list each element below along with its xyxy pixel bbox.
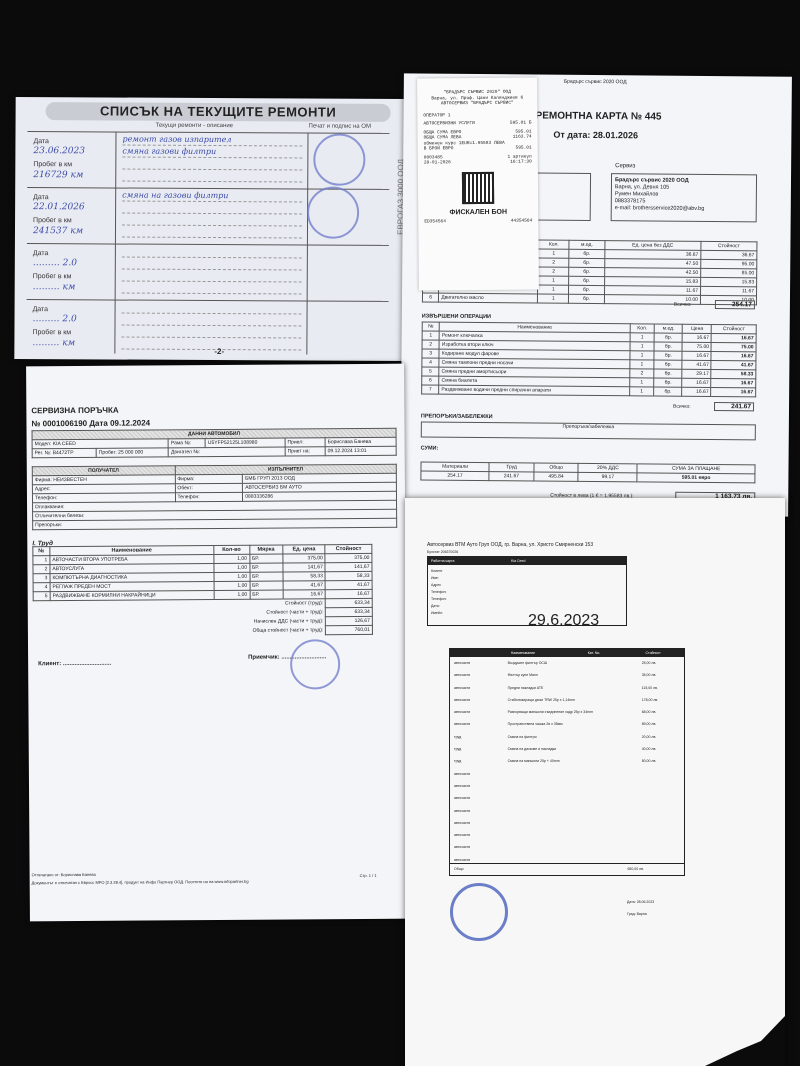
cell: 35,00 лв.	[642, 669, 680, 681]
cell: бр.	[654, 360, 682, 369]
cell: авточасти	[454, 780, 508, 792]
work-row: авточастиПредни накладки ATE115,00 лв.	[450, 682, 684, 694]
cell: БР.	[249, 563, 282, 572]
service-label: Сервиз	[615, 163, 635, 169]
field-label: Телефон:	[431, 596, 623, 603]
cell: 25,00 лв.	[642, 657, 680, 669]
cell: 16,67	[283, 590, 326, 599]
entry-mileage: ……… км	[32, 338, 75, 348]
work-row: авточасти	[450, 829, 684, 841]
cell: 16.67	[682, 387, 711, 396]
cell: Пространствена чашка 2в x 35мм	[508, 718, 642, 730]
cell: 2	[629, 369, 654, 378]
cell: 1	[538, 276, 569, 285]
field-label: Адрес	[431, 582, 623, 589]
parts-total-label: Всичко:	[674, 302, 692, 308]
field-label: Дата:	[431, 603, 623, 610]
work-row: трудСмяна на маншони 25р + 40mm80,00 лв.	[450, 755, 684, 767]
cell: Мярка	[249, 545, 282, 554]
cell: авточасти	[454, 792, 508, 804]
entry-date: ……… 2.0	[33, 258, 77, 268]
cell: Предни накладки ATE	[508, 682, 642, 694]
work-row: авточасти	[450, 768, 684, 780]
cell: авточасти	[454, 829, 508, 841]
cell: 178,00 лв.	[642, 694, 680, 706]
page-number: -2-	[214, 347, 224, 356]
work-row: авточасти	[450, 792, 684, 804]
recs-title: ПРЕПОРЪКИ/ЗАБЕЛЕЖКИ	[421, 413, 493, 420]
cell	[642, 792, 680, 804]
cell: 15.83	[701, 277, 757, 286]
cell	[508, 829, 642, 841]
repair-card-date: От дата: 28.01.2026	[553, 130, 638, 141]
cell: 1	[422, 331, 439, 340]
cell: БР.	[249, 554, 282, 563]
cell: авточасти	[454, 718, 508, 730]
entry-desc: смяна на газови филтри	[122, 191, 228, 201]
cell: авточасти	[454, 669, 508, 681]
table-row: 6Двигателно масло1бр.10.0010.00	[422, 293, 756, 305]
cell	[508, 817, 642, 829]
cell: бр.	[569, 294, 604, 303]
work-header: Стойност	[646, 649, 685, 657]
receipt-device: ED354564	[424, 219, 446, 225]
cell: 2	[422, 340, 439, 349]
total-row: Обща стойност (части + труд):760,01	[33, 625, 372, 636]
cell: 1	[33, 556, 50, 565]
cell: 75.00	[682, 342, 711, 351]
cell: Разпорващи маншони съединение хадр 25р x…	[508, 706, 642, 718]
cell: 40,00 лв.	[642, 743, 680, 755]
cell: 375,00	[325, 553, 372, 562]
cell: 41,67	[325, 580, 372, 589]
receipt-operator: ОПЕРАТОР 1	[423, 112, 531, 118]
cell: 115,00 лв.	[642, 682, 680, 694]
cell: Смяна на дискове и накладки	[508, 743, 642, 755]
receipt-item: АВТОСЕРВИЗНИ УСЛУГИ	[423, 121, 474, 127]
work-items-frame: НаименованиеКат. No.Стойност авточастиВъ…	[449, 648, 685, 876]
cell: БР.	[250, 590, 283, 599]
cell: труд	[454, 743, 508, 755]
repair-booklet-page: СПИСЪК НА ТЕКУЩИТЕ РЕМОНТИ Текущи ремонт…	[14, 97, 407, 361]
torn-corner	[705, 1016, 785, 1066]
cell: бр.	[655, 333, 683, 342]
printed-by: Отпечатано от: Борислава Банева	[32, 872, 96, 877]
entry-mileage: 216729 км	[33, 170, 83, 180]
service-line: e-mail: brothersservice2020@abv.bg	[615, 205, 753, 213]
work-company: Автосервиз ВТМ Ауто Груп ООД, гр. Варна,…	[427, 542, 593, 548]
service-box: Брадърс сървис 2020 ООДВарна, ул. Девня …	[611, 173, 757, 222]
cell: 7	[422, 385, 439, 394]
cell: 29.17	[682, 369, 711, 378]
work-row: авточастиВъздушен филтър ОСШ25,00 лв.	[450, 657, 684, 669]
work-row: трудСмяна на дискове и накладки40,00 лв.	[450, 743, 684, 755]
cell: бр.	[569, 276, 604, 285]
parties: ПОЛУЧАТЕЛИЗПЪЛНИТЕЛ Фирма: НЕИЗВЕСТЕНФир…	[32, 464, 397, 531]
cell: 16.67	[712, 334, 757, 343]
qr-code-icon	[462, 171, 494, 203]
cell: 4	[422, 358, 439, 367]
receipt-service: АВТОСЕРВИЗ "БРАДЪРС СЪРВИС"	[423, 101, 531, 107]
field-label: Клиент	[431, 568, 623, 575]
cell: 36.67	[701, 250, 757, 259]
field-label: Име:	[431, 575, 623, 582]
cell	[642, 841, 680, 853]
cell: авточасти	[454, 657, 508, 669]
cell: 1	[629, 387, 654, 396]
service-order: СЕРВИЗНА ПОРЪЧКА № 0001006190 Дата 09.12…	[26, 364, 408, 922]
col-stamp: Печат и подпис на ОМ	[309, 124, 371, 130]
cell: Филтър купе Mann	[508, 669, 642, 681]
cell: 1	[630, 360, 655, 369]
cell: 1	[630, 333, 655, 342]
work-row: авточасти	[450, 780, 684, 792]
cell: бр.	[654, 351, 682, 360]
cell: 1,00	[214, 572, 250, 581]
cell: 41,67	[283, 581, 326, 590]
bar-right: Kia Ceed	[511, 557, 525, 565]
order-page: Стр. 1 / 1	[360, 873, 377, 878]
cell	[642, 805, 680, 817]
recs: Препоръки:	[33, 518, 397, 530]
work-date: Дата: 28.06.2023	[627, 900, 654, 904]
cell: 16.67	[682, 333, 711, 342]
cell: Общо	[534, 463, 579, 472]
cell: авточасти	[454, 706, 508, 718]
cell: 375,00	[283, 554, 326, 563]
work-row: авточасти	[450, 817, 684, 829]
repair-card-title: РЕМОНТНА КАРТА № 445	[536, 110, 662, 122]
cell: Стойност	[712, 325, 757, 334]
lbl: ОБЩА СУМА ЛЕВА	[424, 135, 462, 141]
cell: бр.	[654, 342, 682, 351]
mileage-label: Пробег в км	[33, 161, 72, 168]
receipt-date: 28-01-2026	[424, 160, 451, 166]
cell: Въздушен филтър ОСШ	[508, 657, 642, 669]
cell: 2	[538, 258, 569, 267]
ops-total-label: Всичко:	[673, 404, 691, 410]
mileage-label: Пробег в км	[33, 217, 72, 224]
cell: 58,33	[325, 571, 372, 580]
work-row: авточастиФилтър купе Mann35,00 лв.	[450, 669, 684, 681]
cell: Кол-во	[214, 545, 250, 554]
entry-mileage: 241537 км	[33, 226, 83, 236]
cell	[508, 841, 642, 853]
cell: 241.67	[489, 472, 534, 481]
cell: 95.00	[701, 259, 757, 268]
work-total-label: Общо	[454, 867, 464, 875]
cell: БР.	[250, 581, 283, 590]
car-data: ДАННИ АВТОМОБИЛ Модел: KIA CEEDРама №:U5…	[32, 428, 397, 459]
sums-table: МатериалиТрудОбщо20% ДДССУМА ЗА ПЛАЩАНЕ2…	[420, 461, 755, 483]
work-row: авточастиСтабилизиращи дюзи TRW 25р x 1,…	[450, 694, 684, 706]
parts-total: 254.17	[715, 300, 755, 309]
cell: бр.	[654, 378, 682, 387]
entry-date: ……… 2.0	[32, 314, 76, 324]
cell: 1	[629, 378, 654, 387]
work-place: Град: Варна	[627, 912, 647, 916]
order-title: СЕРВИЗНА ПОРЪЧКА	[31, 406, 118, 416]
cell: 1	[538, 285, 569, 294]
ops-total: 241.67	[714, 402, 754, 411]
table-row: 254.17241.67495.8499.17595.01 евро	[421, 471, 755, 483]
work-date-value: 29.6.2023	[528, 612, 599, 630]
cell: БР.	[250, 572, 283, 581]
cell: 254.17	[421, 471, 489, 481]
cell: 41.67	[682, 360, 711, 369]
cell: Труд	[489, 463, 534, 472]
work-row: авточастиПространствена чашка 2в x 35мм8…	[450, 718, 684, 730]
repair-card-header: Брадърс сървис 2020 ООД	[564, 79, 627, 86]
cell: авточасти	[454, 682, 508, 694]
cell: 5	[33, 592, 50, 601]
work-row: трудСмяна на филтри20,00 лв.	[450, 731, 684, 743]
entry-date: 23.06.2023	[33, 146, 85, 156]
client-signature: Клиент: .............................	[38, 661, 111, 668]
cell: Смяна на филтри	[508, 731, 642, 743]
recs-box: Препоръка/забележка	[421, 421, 756, 440]
cell: авточасти	[454, 817, 508, 829]
bar-left: Работна карта	[431, 557, 511, 565]
cell: Стойност	[325, 544, 372, 553]
cell: 85.00	[701, 268, 757, 277]
lbl: В БРОЙ ЕВРО	[424, 146, 454, 152]
sums-title: СУМИ:	[421, 445, 439, 451]
work-row: авточасти	[450, 805, 684, 817]
labor-table: №НаименованиеКол-воМяркаЕд. ценаСтойност…	[32, 544, 373, 637]
cell: 16.67	[711, 352, 756, 361]
lbl: Приет на:	[285, 447, 325, 456]
cell: 5	[422, 367, 439, 376]
cell: бр.	[569, 285, 604, 294]
cell: авточасти	[454, 768, 508, 780]
cell: авточасти	[454, 805, 508, 817]
operations-table: №НаименованиеКол.м.ед.ЦенаСтойност1Ремон…	[421, 321, 757, 397]
work-client-frame: Работна картаKia Ceed КлиентИме:АдресТел…	[427, 556, 627, 626]
col-desc: Текущи ремонти - описание	[156, 123, 234, 129]
cell: Раздвижване водачи предни спирачни апара…	[439, 385, 630, 396]
cell: 2	[33, 565, 50, 574]
cell: 99.17	[578, 472, 637, 482]
cell: 141,67	[325, 562, 372, 571]
cell: Стойност	[701, 241, 757, 250]
engine: Двигател №:	[168, 447, 285, 457]
booklet-entry: Дата……… 2.0Пробег в км……… км	[27, 243, 389, 301]
cell: 20,00 лв.	[642, 731, 680, 743]
entry-mileage: ……… км	[33, 282, 76, 292]
cell: 2	[538, 267, 569, 276]
cell: 595.01 евро	[637, 473, 755, 483]
cell: 16.67	[711, 388, 756, 397]
cell: 1,00	[214, 563, 250, 572]
entry-desc: ремонт газов изпарител	[122, 135, 231, 145]
cell	[508, 792, 642, 804]
cell: 1	[538, 249, 569, 258]
work-sub: Булстат 206370026	[427, 550, 458, 554]
cell	[508, 780, 642, 792]
order-number: № 0001006190 Дата 09.12.2024	[31, 418, 150, 428]
cell: 3	[33, 574, 50, 583]
cell: №	[422, 322, 439, 331]
cell: 1,00	[214, 554, 250, 563]
cell: 16,67	[326, 589, 373, 598]
cell: Кол.	[538, 240, 569, 249]
cell: №	[33, 547, 50, 556]
date-label: Дата	[33, 306, 49, 313]
mileage-label: Пробег в км	[33, 273, 72, 280]
work-card: Автосервиз ВТМ Ауто Груп ООД, гр. Варна,…	[405, 498, 785, 1066]
work-row: авточастиРазпорващи маншони съединение х…	[450, 706, 684, 718]
entry-date: 22.01.2026	[33, 202, 85, 212]
ops-title: ИЗВЪРШЕНИ ОПЕРАЦИИ	[422, 313, 491, 320]
date-label: Дата	[33, 138, 49, 145]
cell: Кол.	[630, 324, 655, 333]
cell: м.ед.	[569, 240, 604, 249]
work-row: авточасти	[450, 841, 684, 853]
stamp-icon	[307, 187, 359, 239]
cell: бр.	[569, 258, 604, 267]
cell: 6	[422, 293, 438, 302]
cell: авточасти	[454, 694, 508, 706]
date-label: Дата	[33, 194, 49, 201]
cell	[508, 768, 642, 780]
entry-desc: смяна газови филтри	[122, 147, 216, 156]
cell: Двигателно масло	[439, 293, 538, 303]
cell	[642, 829, 680, 841]
accepted-on: 09.12.2024 13:01	[325, 446, 396, 455]
cell: 16.67	[711, 379, 756, 388]
receipt-item-sum: 595.01 Б	[510, 121, 532, 127]
stamp-icon	[290, 639, 340, 689]
cell	[642, 817, 680, 829]
cell: бр.	[654, 369, 682, 378]
cell: Цена	[683, 324, 712, 333]
cell: 68,00 лв.	[642, 706, 680, 718]
cell: 75.00	[711, 343, 756, 352]
date-label: Дата	[33, 250, 49, 257]
field-label: Телефон:	[431, 589, 623, 596]
stamp-icon	[450, 883, 508, 941]
mileage: Пробег: 25 000 000	[96, 448, 168, 458]
cell: 80,00 лв.	[642, 755, 680, 767]
cell: 141,67	[283, 563, 326, 572]
cell: бр.	[569, 249, 604, 258]
cell: Стабилизиращи дюзи TRW 25р x 1,14mm	[508, 694, 642, 706]
booklet-entry: Дата……… 2.0Пробег в км……… км	[26, 299, 388, 357]
cell	[642, 780, 680, 792]
cell	[642, 768, 680, 780]
cell: 16.67	[682, 351, 711, 360]
cell: 16.67	[682, 378, 711, 387]
cell: Ед. цена	[283, 545, 326, 554]
cell: 3	[422, 349, 439, 358]
stamp-icon	[313, 134, 365, 186]
cell: бр.	[654, 387, 682, 396]
table-row: 7Раздвижване водачи предни спирачни апар…	[422, 385, 756, 397]
work-header: Кат. No.	[588, 649, 646, 657]
cell: бр.	[569, 267, 604, 276]
cell: 1	[630, 342, 655, 351]
cell: труд	[454, 731, 508, 743]
lbl: Приел:	[285, 438, 325, 447]
cell: 495.84	[534, 472, 579, 481]
cell: м.ед.	[655, 324, 683, 333]
cell: 1	[538, 294, 569, 303]
fiscal-label: ФИСКАЛЕН БОН	[424, 209, 532, 215]
work-header	[453, 649, 511, 657]
cell: 58,33	[283, 572, 326, 581]
cell: 58.33	[711, 370, 756, 379]
order-footer: Документът е отпечатан с Евроcc МРО [2.3…	[32, 879, 249, 886]
receipt-fm: 44354564	[511, 219, 533, 225]
receipt-total-bgn: 1163.74	[513, 135, 532, 141]
cell: 4	[33, 583, 50, 592]
cell: авточасти	[454, 841, 508, 853]
booklet-title: СПИСЪК НА ТЕКУЩИТЕ РЕМОНТИ	[46, 102, 391, 122]
receipt-time: 16:17:30	[510, 160, 532, 166]
reg: Рег. №: В4472ТР	[32, 448, 96, 457]
cell: 11.67	[700, 286, 756, 295]
cell: 1,00	[214, 590, 250, 599]
cell: 1	[630, 351, 655, 360]
cell: труд	[454, 755, 508, 767]
cell: 1,00	[214, 581, 250, 590]
cell: 89,00 лв.	[642, 718, 680, 730]
cell: 6	[422, 376, 439, 385]
work-header: Наименование	[511, 649, 588, 657]
receipt-cash: 595.01	[515, 146, 531, 152]
fiscal-receipt: "БРАДЪРС СЪРВИС 2020" ООД Варна, ул. Про…	[417, 77, 539, 290]
lbl: Рама №:	[168, 439, 205, 448]
cell: Смяна на маншони 25р + 40mm	[508, 755, 642, 767]
work-total: 650,00 лв.	[627, 867, 644, 875]
mileage-label: Пробег в км	[32, 329, 71, 336]
cell: 41.67	[711, 361, 756, 370]
cell	[508, 805, 642, 817]
